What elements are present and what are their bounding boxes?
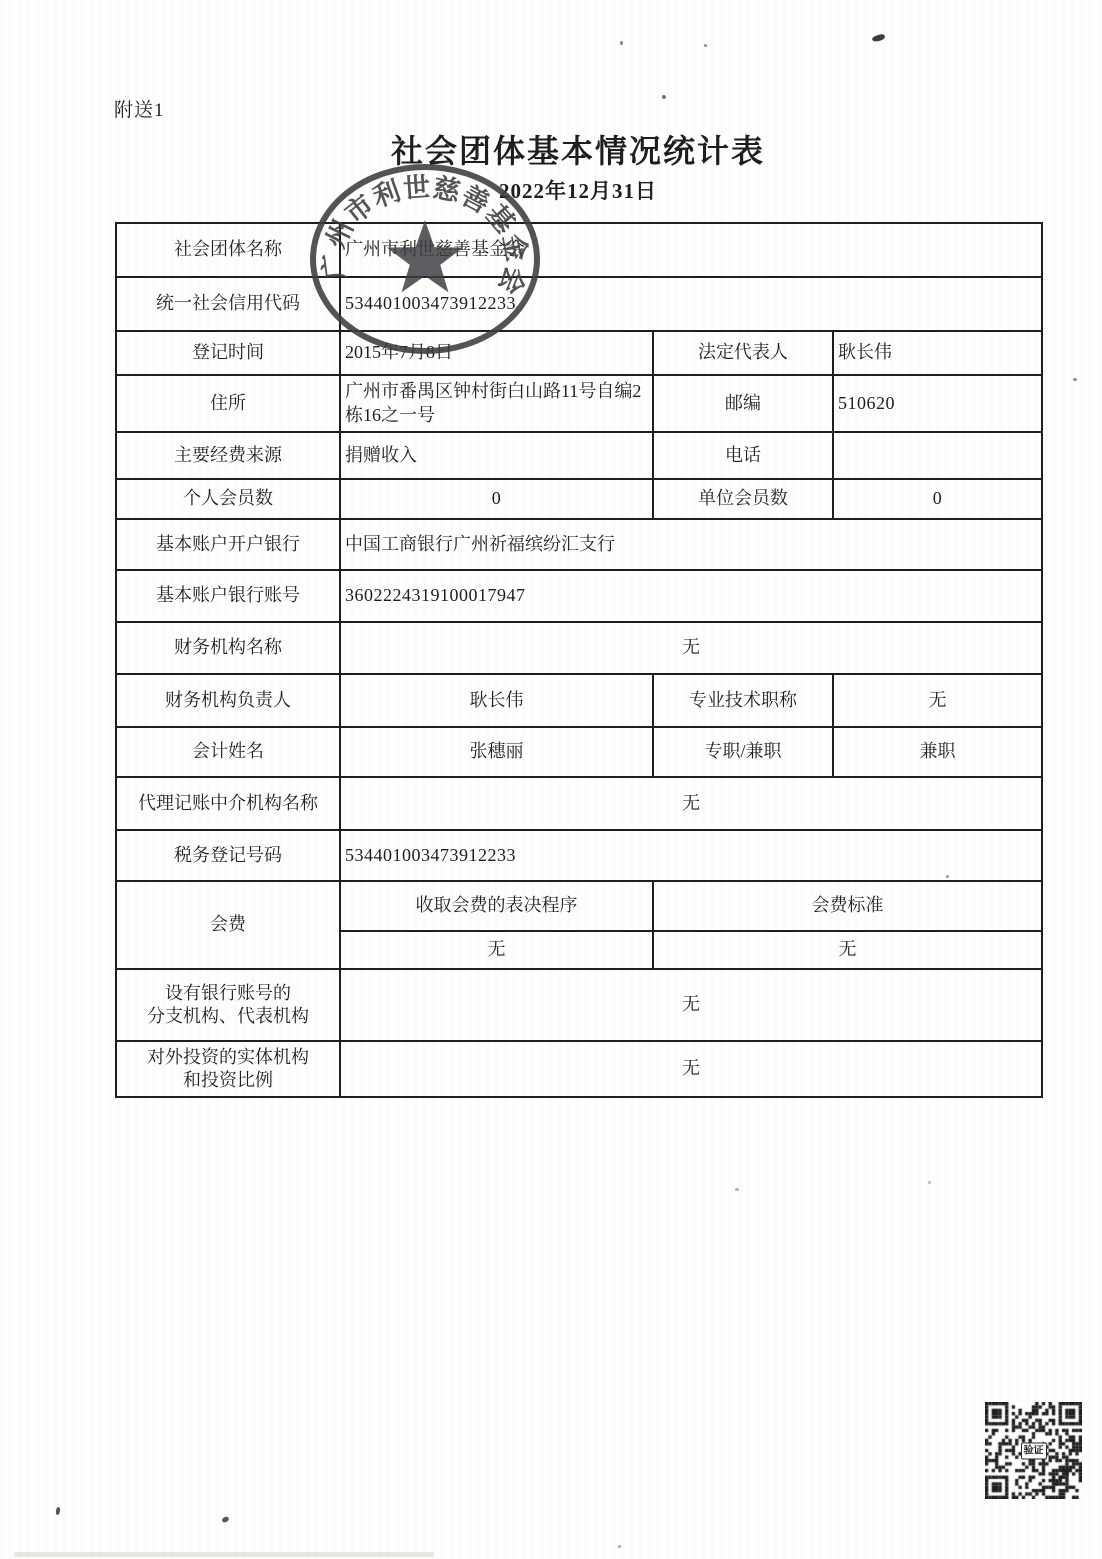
phone-value [833, 432, 1042, 479]
reg-date-value: 2015年7月8日 [340, 331, 653, 375]
prof-title-value: 无 [833, 674, 1042, 727]
table-row: 代理记账中介机构名称 无 [116, 777, 1042, 830]
scan-speck [620, 41, 623, 45]
table-row: 登记时间 2015年7月8日 法定代表人 耿长伟 [116, 331, 1042, 375]
table-row: 对外投资的实体机构 和投资比例 无 [116, 1041, 1042, 1097]
investments-value: 无 [340, 1041, 1042, 1097]
finance-org-label: 财务机构名称 [116, 622, 340, 674]
table-row: 财务机构名称 无 [116, 622, 1042, 674]
branches-label-line1: 设有银行账号的 [121, 982, 335, 1005]
tax-reg-value: 534401003473912233 [340, 830, 1042, 881]
document-title: 社会团体基本情况统计表 [115, 126, 1041, 172]
table-row: 设有银行账号的 分支机构、代表机构 无 [116, 969, 1042, 1041]
job-type-value: 兼职 [833, 727, 1042, 777]
table-row: 基本账户银行账号 3602224319100017947 [116, 570, 1042, 622]
bookkeeping-agency-label: 代理记账中介机构名称 [116, 777, 340, 830]
table-row: 社会团体名称 广州市利世慈善基金会 [116, 223, 1042, 277]
legal-rep-value: 耿长伟 [833, 331, 1042, 375]
scanned-document-page: 附送1 社会团体基本情况统计表 2022年12月31日 社会团体名称 广州市利世… [0, 0, 1102, 1559]
scan-speck [1073, 378, 1077, 381]
table-row: 住所 广州市番禺区钟村街白山路11号自编2栋16之一号 邮编 510620 [116, 375, 1042, 432]
funding-source-value: 捐赠收入 [340, 432, 653, 479]
investments-label-line1: 对外投资的实体机构 [121, 1046, 335, 1069]
individual-members-label: 个人会员数 [116, 479, 340, 519]
verification-qr-code: 验证 [985, 1402, 1082, 1499]
scan-speck [946, 875, 949, 878]
legal-rep-label: 法定代表人 [653, 331, 833, 375]
fee-procedure-header: 收取会费的表决程序 [340, 881, 653, 931]
org-name-value: 广州市利世慈善基金会 [340, 223, 1042, 277]
postcode-label: 邮编 [653, 375, 833, 432]
accountant-value: 张穗丽 [340, 727, 653, 777]
scan-speck [928, 1181, 931, 1184]
scan-edge-band [14, 1552, 434, 1557]
credit-code-label: 统一社会信用代码 [116, 277, 340, 331]
job-type-label: 专职/兼职 [653, 727, 833, 777]
table-row: 基本账户开户银行 中国工商银行广州祈福缤纷汇支行 [116, 519, 1042, 570]
table-row: 个人会员数 0 单位会员数 0 [116, 479, 1042, 519]
org-name-label: 社会团体名称 [116, 223, 340, 277]
scan-speck [871, 33, 885, 42]
branches-label-line2: 分支机构、代表机构 [121, 1005, 335, 1028]
bank-name-label: 基本账户开户银行 [116, 519, 340, 570]
tax-reg-label: 税务登记号码 [116, 830, 340, 881]
finance-org-value: 无 [340, 622, 1042, 674]
fee-standard-header: 会费标准 [653, 881, 1042, 931]
bank-account-value: 3602224319100017947 [340, 570, 1042, 622]
scan-speck [735, 1188, 739, 1191]
reg-date-label: 登记时间 [116, 331, 340, 375]
funding-source-label: 主要经费来源 [116, 432, 340, 479]
branches-label: 设有银行账号的 分支机构、代表机构 [116, 969, 340, 1041]
table-row: 统一社会信用代码 534401003473912233 [116, 277, 1042, 331]
table-row: 税务登记号码 534401003473912233 [116, 830, 1042, 881]
phone-label: 电话 [653, 432, 833, 479]
table-row: 财务机构负责人 耿长伟 专业技术职称 无 [116, 674, 1042, 727]
scan-speck [221, 1516, 230, 1524]
unit-members-value: 0 [833, 479, 1042, 519]
accountant-label: 会计姓名 [116, 727, 340, 777]
individual-members-value: 0 [340, 479, 653, 519]
scan-speck [55, 1507, 60, 1516]
postcode-value: 510620 [833, 375, 1042, 432]
table-row: 会计姓名 张穗丽 专职/兼职 兼职 [116, 727, 1042, 777]
fee-standard-value: 无 [653, 931, 1042, 969]
scan-speck [704, 44, 707, 47]
credit-code-value: 534401003473912233 [340, 277, 1042, 331]
document-date: 2022年12月31日 [115, 175, 1041, 205]
fee-procedure-value: 无 [340, 931, 653, 969]
bookkeeping-agency-value: 无 [340, 777, 1042, 830]
investments-label: 对外投资的实体机构 和投资比例 [116, 1041, 340, 1097]
table-row: 会费 收取会费的表决程序 会费标准 [116, 881, 1042, 931]
attachment-label: 附送1 [114, 95, 165, 122]
bank-name-value: 中国工商银行广州祈福缤纷汇支行 [340, 519, 1042, 570]
finance-head-label: 财务机构负责人 [116, 674, 340, 727]
address-value: 广州市番禺区钟村街白山路11号自编2栋16之一号 [340, 375, 653, 432]
investments-label-line2: 和投资比例 [121, 1069, 335, 1092]
scan-speck [662, 95, 666, 99]
statistics-table: 社会团体名称 广州市利世慈善基金会 统一社会信用代码 5344010034739… [115, 222, 1043, 1098]
bank-account-label: 基本账户银行账号 [116, 570, 340, 622]
table-row: 主要经费来源 捐赠收入 电话 [116, 432, 1042, 479]
unit-members-label: 单位会员数 [653, 479, 833, 519]
finance-head-value: 耿长伟 [340, 674, 653, 727]
prof-title-label: 专业技术职称 [653, 674, 833, 727]
qr-center-label: 验证 [1021, 1442, 1047, 1459]
membership-fee-label: 会费 [116, 881, 340, 969]
branches-value: 无 [340, 969, 1042, 1041]
scan-speck [618, 1545, 621, 1548]
address-label: 住所 [116, 375, 340, 432]
